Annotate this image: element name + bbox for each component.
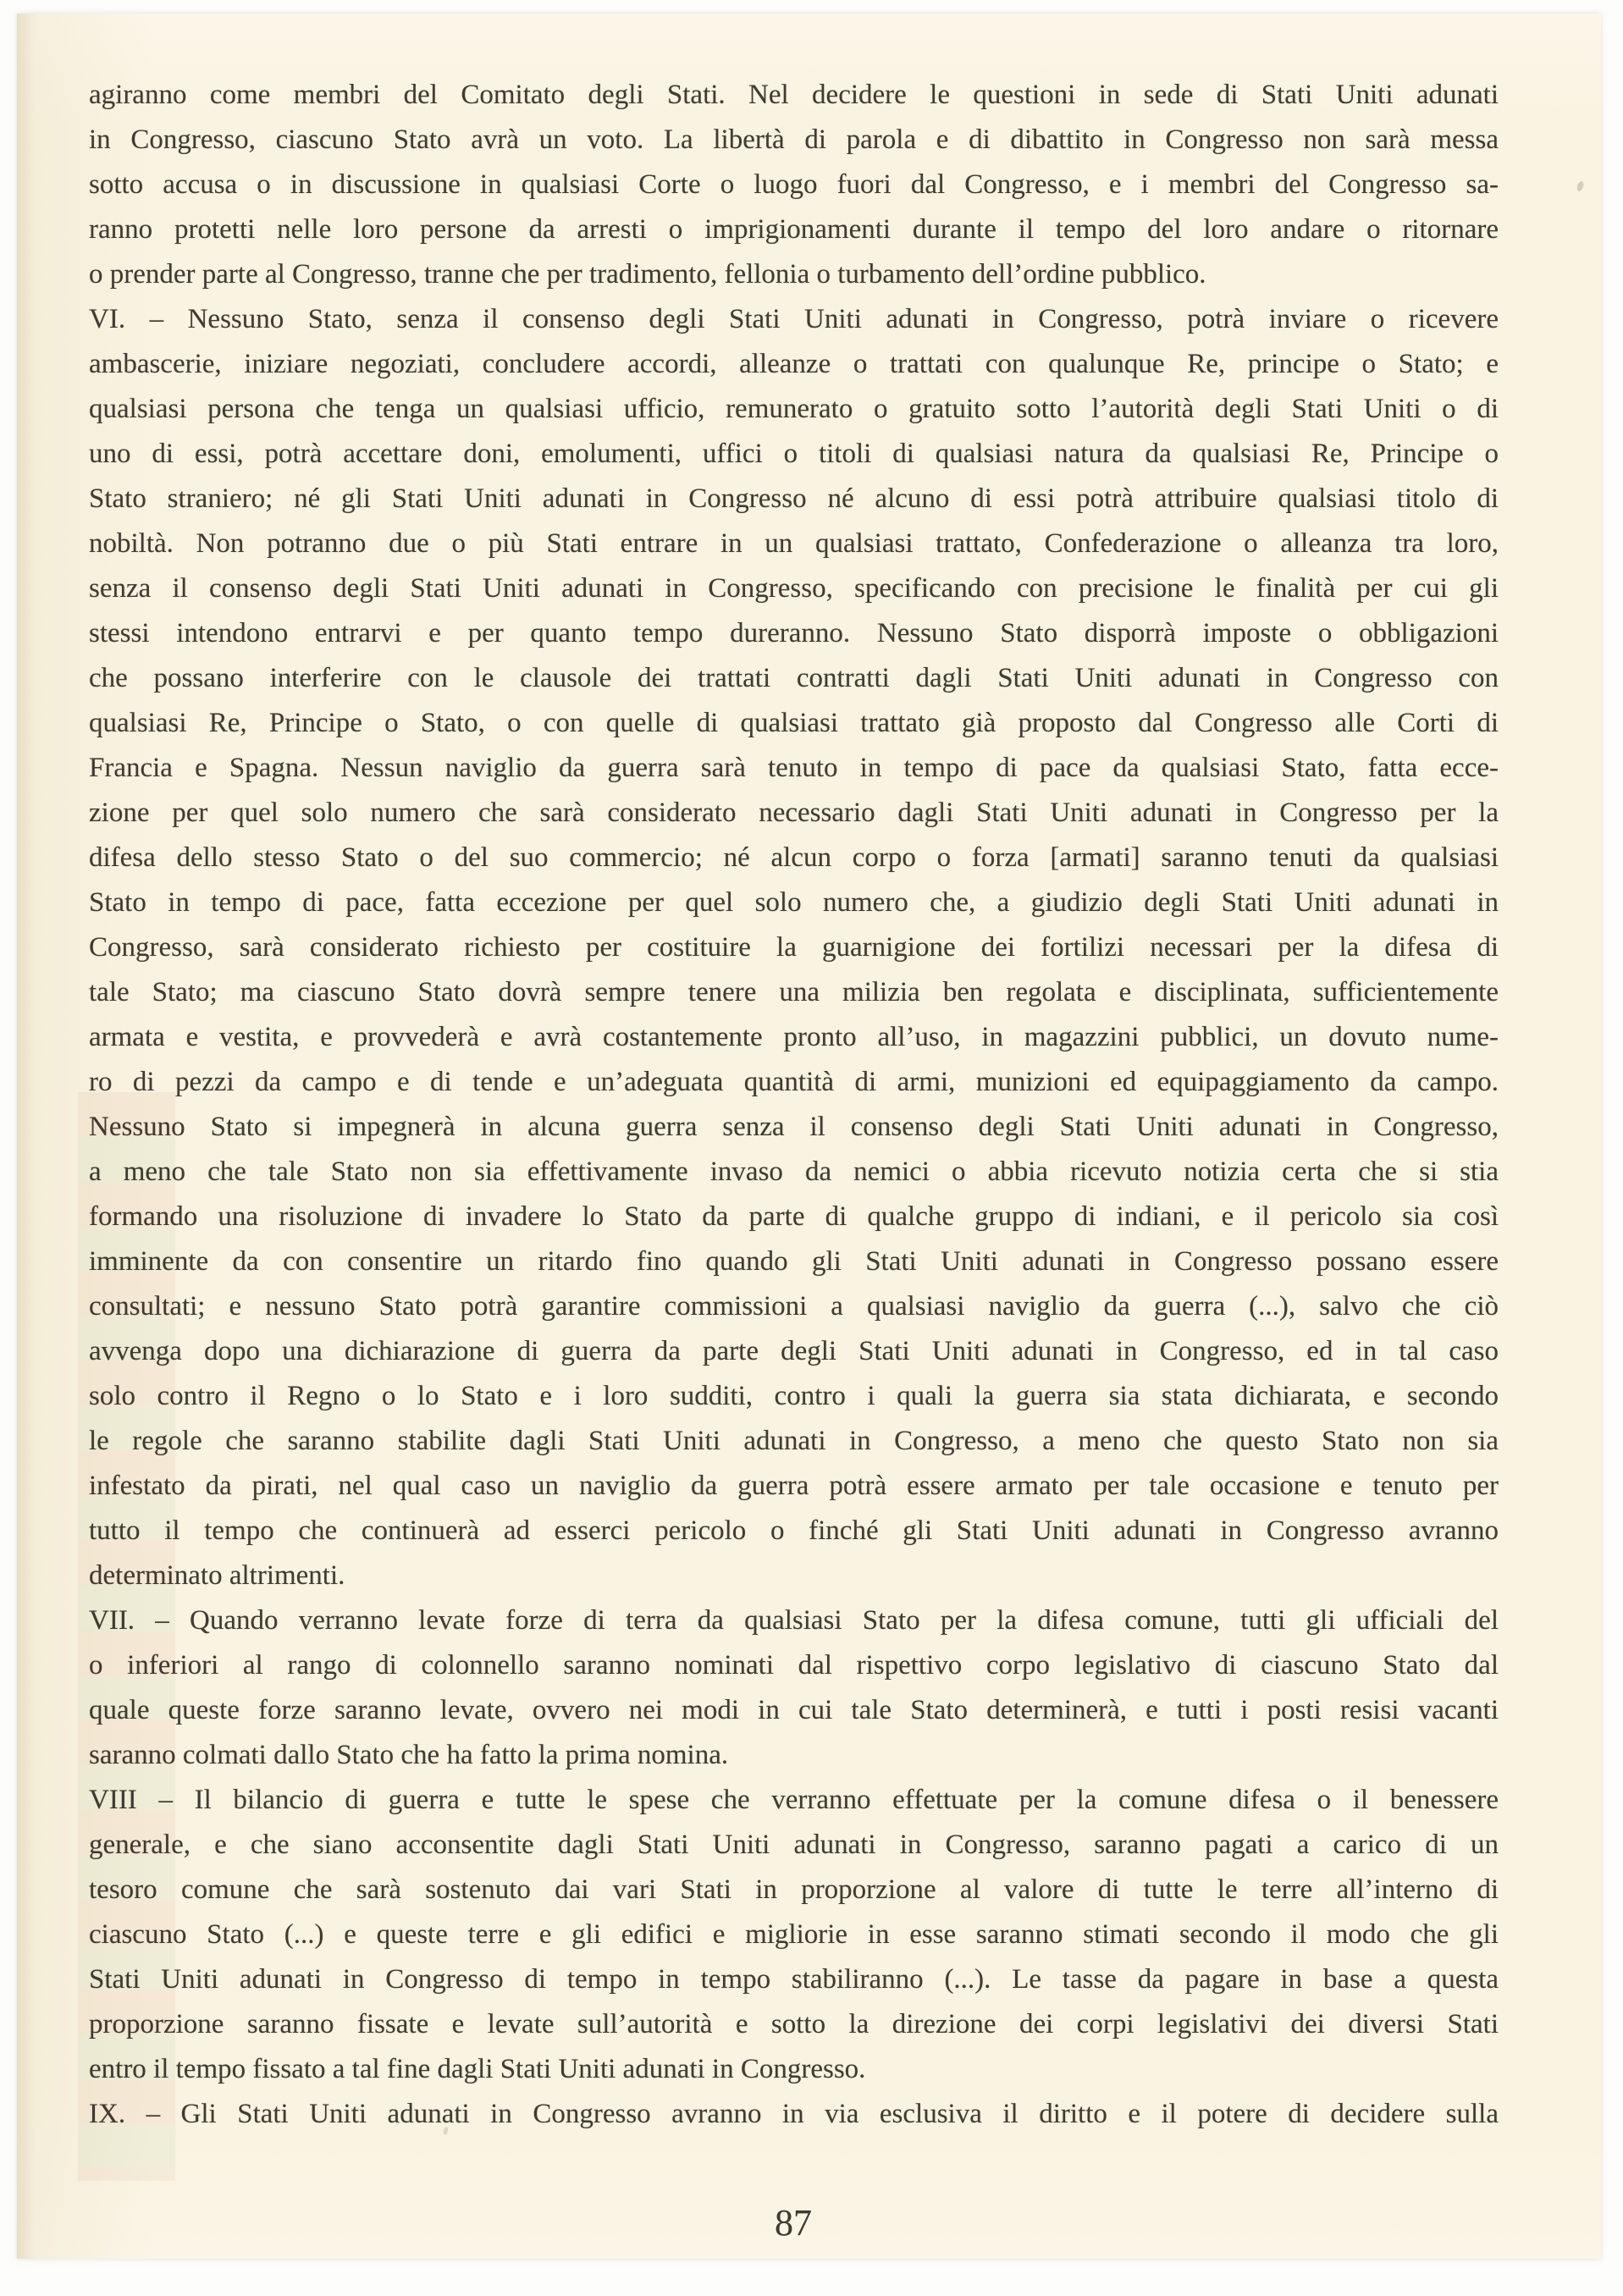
text-line: ciascuno Stato (...) e queste terre e gl… (89, 1912, 1499, 1957)
text-line: Stato straniero; né gli Stati Uniti adun… (89, 477, 1499, 522)
text-line: ranno protetti nelle loro persone da arr… (89, 207, 1499, 252)
text-line: che possano interferire con le clausole … (89, 656, 1499, 701)
text-line: ro di pezzi da campo e di tende e un’ade… (89, 1060, 1499, 1105)
text-line: agiranno come membri del Comitato degli … (89, 73, 1499, 118)
text-line: tale Stato; ma ciascuno Stato dovrà semp… (89, 970, 1499, 1015)
text-line: a meno che tale Stato non sia effettivam… (89, 1150, 1499, 1195)
text-line: le regole che saranno stabilite dagli St… (89, 1419, 1499, 1464)
scan-background: agiranno come membri del Comitato degli … (0, 0, 1623, 2296)
text-line: difesa dello stesso Stato o del suo comm… (89, 836, 1499, 880)
text-line: tesoro comune che sarà sostenuto dai var… (89, 1868, 1499, 1912)
text-line: determinato altrimenti. (89, 1554, 1499, 1598)
text-line: formando una risoluzione di invadere lo … (89, 1195, 1499, 1239)
text-line: armata e vestita, e provvederà e avrà co… (89, 1015, 1499, 1060)
text-block: agiranno come membri del Comitato degli … (89, 73, 1499, 2137)
text-line: generale, e che siano acconsentite dagli… (89, 1823, 1499, 1868)
text-line: Congresso, sarà considerato richiesto pe… (89, 925, 1499, 970)
text-line: VII. – Quando verranno levate forze di t… (89, 1598, 1499, 1643)
text-line: consultati; e nessuno Stato potrà garant… (89, 1284, 1499, 1329)
text-line: quale queste forze saranno levate, ovver… (89, 1688, 1499, 1733)
text-line: saranno colmati dallo Stato che ha fatto… (89, 1733, 1499, 1778)
text-line: uno di essi, potrà accettare doni, emolu… (89, 432, 1499, 477)
text-line: solo contro il Regno o lo Stato e i loro… (89, 1374, 1499, 1419)
text-line: Nessuno Stato si impegnerà in alcuna gue… (89, 1105, 1499, 1150)
text-line: Stati Uniti adunati in Congresso di temp… (89, 1957, 1499, 2002)
text-line: proporzione saranno fissate e levate sul… (89, 2002, 1499, 2047)
text-line: senza il consenso degli Stati Uniti adun… (89, 566, 1499, 611)
text-line: imminente da con consentire un ritardo f… (89, 1239, 1499, 1284)
text-line: VIII – Il bilancio di guerra e tutte le … (89, 1778, 1499, 1823)
book-page: agiranno come membri del Comitato degli … (17, 14, 1601, 2259)
text-line: o inferiori al rango di colonnello saran… (89, 1643, 1499, 1688)
text-line: qualsiasi Re, Principe o Stato, o con qu… (89, 701, 1499, 746)
text-line: sotto accusa o in discussione in qualsia… (89, 163, 1499, 207)
text-line: infestato da pirati, nel qual caso un na… (89, 1464, 1499, 1509)
text-line: avvenga dopo una dichiarazione di guerra… (89, 1329, 1499, 1374)
page-number: 87 (709, 2201, 878, 2244)
text-line: nobiltà. Non potranno due o più Stati en… (89, 522, 1499, 566)
text-line: entro il tempo fissato a tal fine dagli … (89, 2047, 1499, 2092)
text-line: zione per quel solo numero che sarà cons… (89, 791, 1499, 836)
text-line: Francia e Spagna. Nessun naviglio da gue… (89, 746, 1499, 791)
text-line: VI. – Nessuno Stato, senza il consenso d… (89, 297, 1499, 342)
text-line: Stato in tempo di pace, fatta eccezione … (89, 880, 1499, 925)
text-line: o prender parte al Congresso, tranne che… (89, 252, 1499, 297)
text-line: tutto il tempo che continuerà ad esserci… (89, 1509, 1499, 1554)
scan-speck (1576, 180, 1584, 192)
text-line: IX. – Gli Stati Uniti adunati in Congres… (89, 2092, 1499, 2137)
text-line: in Congresso, ciascuno Stato avrà un vot… (89, 118, 1499, 163)
text-line: ambascerie, iniziare negoziati, conclude… (89, 342, 1499, 387)
text-line: qualsiasi persona che tenga un qualsiasi… (89, 387, 1499, 432)
text-line: stessi intendono entrarvi e per quanto t… (89, 611, 1499, 656)
